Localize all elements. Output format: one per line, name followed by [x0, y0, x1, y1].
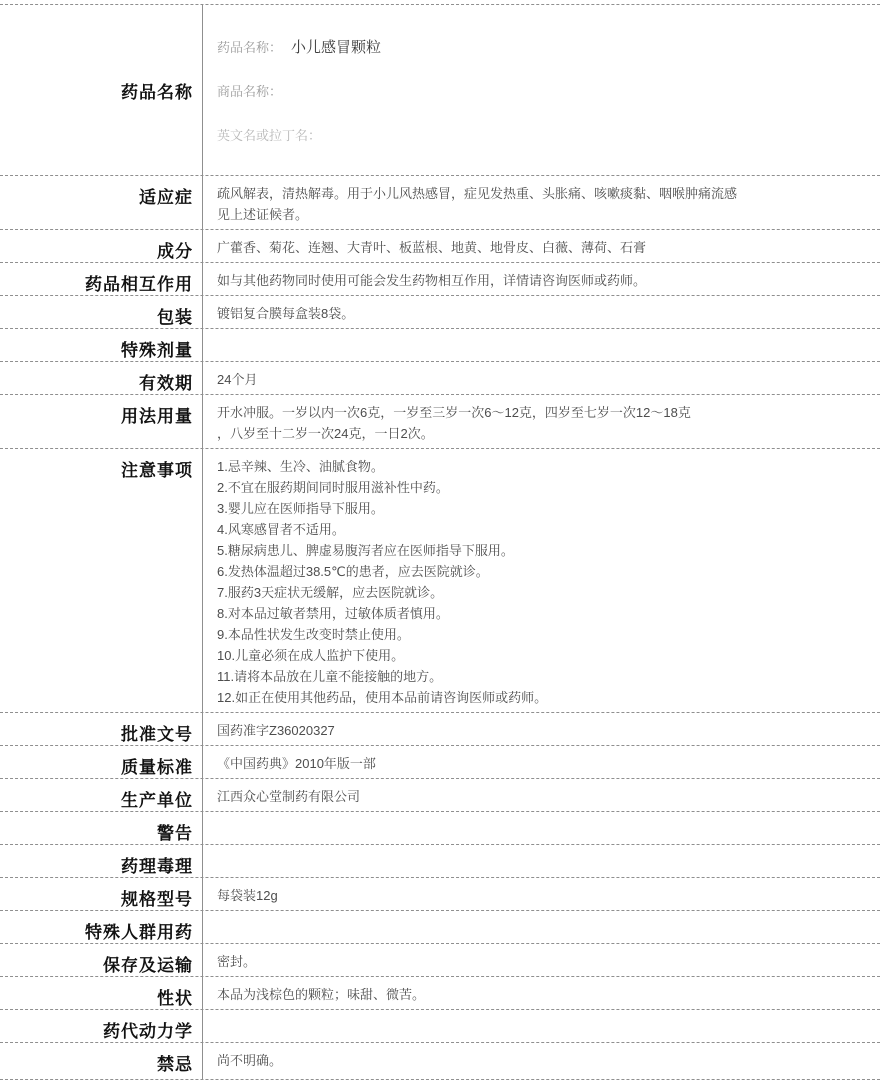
row-label: 药品相互作用: [0, 263, 203, 295]
row-contraindications: 禁忌 尚不明确。: [0, 1043, 880, 1080]
row-value: 开水冲服。一岁以内一次6克，一岁至三岁一次6～12克，四岁至七岁一次12～18克…: [203, 395, 880, 448]
row-label: 成分: [0, 230, 203, 262]
row-label: 质量标准: [0, 746, 203, 778]
row-label: 规格型号: [0, 878, 203, 910]
row-storage: 保存及运输 密封。: [0, 944, 880, 977]
row-label: 适应症: [0, 176, 203, 229]
row-packaging: 包装 镀铝复合膜每盒装8袋。: [0, 296, 880, 329]
row-shelf-life: 有效期 24个月: [0, 362, 880, 395]
row-value: 镀铝复合膜每盒装8袋。: [203, 296, 880, 328]
row-warning: 警告: [0, 812, 880, 845]
row-value: [203, 329, 880, 361]
row-value: 广藿香、菊花、连翘、大青叶、板蓝根、地黄、地骨皮、白薇、薄荷、石膏: [203, 230, 880, 262]
row-pharmacology: 药理毒理: [0, 845, 880, 878]
row-value: [203, 1010, 880, 1042]
row-value: 1.忌辛辣、生冷、油腻食物。 2.不宜在服药期间同时服用滋补性中药。 3.婴儿应…: [203, 449, 880, 712]
row-interactions: 药品相互作用 如与其他药物同时使用可能会发生药物相互作用，详情请咨询医师或药师。: [0, 263, 880, 296]
row-label: 批准文号: [0, 713, 203, 745]
row-value: [203, 845, 880, 877]
row-label: 禁忌: [0, 1043, 203, 1079]
row-manufacturer: 生产单位 江西众心堂制药有限公司: [0, 779, 880, 812]
row-value: 国药准字Z36020327: [203, 713, 880, 745]
row-value: 尚不明确。: [203, 1043, 880, 1079]
row-label: 性状: [0, 977, 203, 1009]
row-label: 保存及运输: [0, 944, 203, 976]
row-value: 江西众心堂制药有限公司: [203, 779, 880, 811]
drug-name-field-label: 药品名称：: [217, 40, 282, 55]
row-label: 特殊人群用药: [0, 911, 203, 943]
row-label: 用法用量: [0, 395, 203, 448]
row-pharmacokinetics: 药代动力学: [0, 1010, 880, 1043]
drug-name-value: 小儿感冒颗粒: [291, 39, 381, 56]
row-value: 本品为浅棕色的颗粒；味甜、微苦。: [203, 977, 880, 1009]
row-value: [203, 911, 880, 943]
trade-name-field-label: 商品名称：: [217, 84, 282, 99]
drug-info-table: 药品名称 药品名称：小儿感冒颗粒 商品名称： 英文名或拉丁名： 适应症 疏风解表…: [0, 4, 880, 1080]
row-value: 如与其他药物同时使用可能会发生药物相互作用，详情请咨询医师或药师。: [203, 263, 880, 295]
row-value: 《中国药典》2010年版一部: [203, 746, 880, 778]
row-label: 注意事项: [0, 449, 203, 712]
row-dosage: 用法用量 开水冲服。一岁以内一次6克，一岁至三岁一次6～12克，四岁至七岁一次1…: [0, 395, 880, 449]
row-quality-standard: 质量标准 《中国药典》2010年版一部: [0, 746, 880, 779]
row-label: 特殊剂量: [0, 329, 203, 361]
english-name-line: 英文名或拉丁名：: [217, 125, 855, 147]
row-description: 性状 本品为浅棕色的颗粒；味甜、微苦。: [0, 977, 880, 1010]
trade-name-line: 商品名称：: [217, 81, 855, 103]
row-value: 密封。: [203, 944, 880, 976]
row-label: 药理毒理: [0, 845, 203, 877]
row-label: 药代动力学: [0, 1010, 203, 1042]
row-specification: 规格型号 每袋装12g: [0, 878, 880, 911]
row-special-populations: 特殊人群用药: [0, 911, 880, 944]
row-value: 24个月: [203, 362, 880, 394]
row-special-dosage: 特殊剂量: [0, 329, 880, 362]
row-value: [203, 812, 880, 844]
row-approval-number: 批准文号 国药准字Z36020327: [0, 713, 880, 746]
row-value: 疏风解表，清热解毒。用于小儿风热感冒，症见发热重、头胀痛、咳嗽痰黏、咽喉肿痛流感…: [203, 176, 880, 229]
row-label: 包装: [0, 296, 203, 328]
row-precautions: 注意事项 1.忌辛辣、生冷、油腻食物。 2.不宜在服药期间同时服用滋补性中药。 …: [0, 449, 880, 713]
english-name-field-label: 英文名或拉丁名：: [217, 128, 321, 143]
row-value: 药品名称：小儿感冒颗粒 商品名称： 英文名或拉丁名：: [203, 5, 880, 175]
row-value: 每袋装12g: [203, 878, 880, 910]
drug-name-line: 药品名称：小儿感冒颗粒: [217, 37, 855, 59]
row-indications: 适应症 疏风解表，清热解毒。用于小儿风热感冒，症见发热重、头胀痛、咳嗽痰黏、咽喉…: [0, 176, 880, 230]
row-label: 警告: [0, 812, 203, 844]
row-drug-name: 药品名称 药品名称：小儿感冒颗粒 商品名称： 英文名或拉丁名：: [0, 5, 880, 176]
row-label: 有效期: [0, 362, 203, 394]
row-ingredients: 成分 广藿香、菊花、连翘、大青叶、板蓝根、地黄、地骨皮、白薇、薄荷、石膏: [0, 230, 880, 263]
row-label: 药品名称: [0, 5, 203, 175]
row-label: 生产单位: [0, 779, 203, 811]
